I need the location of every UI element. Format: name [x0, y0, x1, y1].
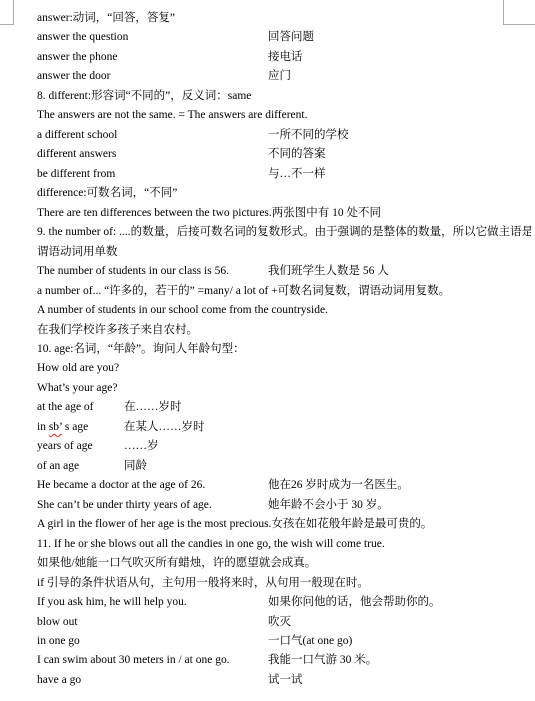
text-line: How old are you? — [37, 359, 531, 378]
english-phrase: She can’t be under thirty years of age. — [37, 496, 268, 515]
text-line: 谓语动词用单数 — [37, 243, 531, 262]
english-phrase: answer the door — [37, 67, 268, 86]
spellcheck-underlined-word: sb’ — [49, 421, 62, 433]
text-line: 如果他/她能一口气吹灭所有蜡烛，许的愿望就会成真。 — [37, 554, 531, 573]
chinese-translation: 同龄 — [124, 460, 147, 472]
margin-crop-mark-top-left — [0, 0, 14, 25]
phrase-row: at the age of在……岁时 — [37, 398, 531, 417]
chinese-translation: 吹灭 — [268, 616, 291, 628]
english-phrase: The number of students in our class is 5… — [37, 262, 268, 281]
text-line: 在我们学校许多孩子来自农村。 — [37, 321, 531, 340]
text-line: 8. different:形容词“不同的”，反义词：same — [37, 87, 531, 106]
english-phrase: different answers — [37, 145, 268, 164]
phrase-row: years of age……岁 — [37, 437, 531, 456]
chinese-translation: 不同的答案 — [268, 148, 326, 160]
phrase-row: answer the question回答问题 — [37, 28, 531, 47]
text-line: What’s your age? — [37, 379, 531, 398]
phrase-row: He became a doctor at the age of 26.他在26… — [37, 476, 531, 495]
chinese-translation: 在某人……岁时 — [124, 421, 205, 433]
phrase-row: be different from与…不一样 — [37, 165, 531, 184]
text-line: a number of... “许多的，若干的” =many/ a lot of… — [37, 282, 531, 301]
text-line: 11. If he or she blows out all the candi… — [37, 535, 531, 554]
phrase-row: A girl in the flower of her age is the m… — [37, 515, 531, 534]
chinese-translation: 他在26 岁时成为一名医生。 — [268, 479, 409, 491]
english-phrase: I can swim about 30 meters in / at one g… — [37, 651, 268, 670]
english-phrase: answer the question — [37, 28, 268, 47]
phrase-row: have a go试一试 — [37, 671, 531, 690]
chinese-translation: 应门 — [268, 70, 291, 82]
english-phrase: answer the phone — [37, 48, 268, 67]
document-page: answer:动词，“回答，答复”answer the question回答问题… — [0, 0, 535, 701]
phrase-row: blow out吹灭 — [37, 613, 531, 632]
text-line: The answers are not the same. = The answ… — [37, 106, 531, 125]
phrase-row: different answers不同的答案 — [37, 145, 531, 164]
text-line: 10. age:名词，“年龄”。询问人年龄句型： — [37, 340, 531, 359]
phrase-row: in one go一口气(at one go) — [37, 632, 531, 651]
english-phrase: A girl in the flower of her age is the m… — [37, 515, 271, 534]
text-line: if 引导的条件状语从句，主句用一般将来时，从句用一般现在时。 — [37, 574, 531, 593]
chinese-translation: 两张图中有 10 处不同 — [272, 207, 381, 219]
chinese-translation: 与…不一样 — [268, 168, 326, 180]
phrase-row: of an age同龄 — [37, 457, 531, 476]
text-line: answer:动词，“回答，答复” — [37, 9, 531, 28]
english-phrase: blow out — [37, 613, 268, 632]
english-phrase: a different school — [37, 126, 268, 145]
english-phrase: If you ask him, he will help you. — [37, 593, 268, 612]
phrase-row: a different school一所不同的学校 — [37, 126, 531, 145]
phrase-row: If you ask him, he will help you.如果你问他的话… — [37, 593, 531, 612]
chinese-translation: 女孩在如花般年龄是最可贵的。 — [271, 518, 432, 530]
phrase-row: She can’t be under thirty years of age.她… — [37, 496, 531, 515]
english-phrase: in sb’ s age — [37, 418, 124, 437]
chinese-translation: 我能一口气游 30 米。 — [268, 654, 377, 666]
text-line: A number of students in our school come … — [37, 301, 531, 320]
english-phrase: He became a doctor at the age of 26. — [37, 476, 268, 495]
english-phrase: in one go — [37, 632, 268, 651]
chinese-translation: 一口气(at one go) — [268, 635, 352, 647]
english-phrase: be different from — [37, 165, 268, 184]
document-content: answer:动词，“回答，答复”answer the question回答问题… — [37, 9, 531, 690]
chinese-translation: 她年龄不会小于 30 岁。 — [268, 499, 389, 511]
phrase-row: answer the door应门 — [37, 67, 531, 86]
phrase-row: in sb’ s age在某人……岁时 — [37, 418, 531, 437]
phrase-row: There are ten differences between the tw… — [37, 204, 531, 223]
phrase-row: answer the phone接电话 — [37, 48, 531, 67]
phrase-row: The number of students in our class is 5… — [37, 262, 531, 281]
text-line: difference:可数名词，“不同” — [37, 184, 531, 203]
english-phrase: There are ten differences between the tw… — [37, 204, 272, 223]
english-phrase: years of age — [37, 437, 124, 456]
chinese-translation: ……岁 — [124, 440, 159, 452]
chinese-translation: 我们班学生人数是 56 人 — [268, 265, 389, 277]
chinese-translation: 如果你问他的话，他会帮助你的。 — [268, 596, 441, 608]
chinese-translation: 在……岁时 — [124, 401, 182, 413]
chinese-translation: 回答问题 — [268, 31, 314, 43]
chinese-translation: 接电话 — [268, 51, 303, 63]
chinese-translation: 试一试 — [268, 674, 303, 686]
english-phrase: at the age of — [37, 398, 124, 417]
english-phrase: of an age — [37, 457, 124, 476]
english-phrase: have a go — [37, 671, 268, 690]
chinese-translation: 一所不同的学校 — [268, 129, 349, 141]
phrase-row: I can swim about 30 meters in / at one g… — [37, 651, 531, 670]
text-line: 9. the number of: ....的数量，后接可数名词的复数形式。由于… — [37, 223, 531, 242]
